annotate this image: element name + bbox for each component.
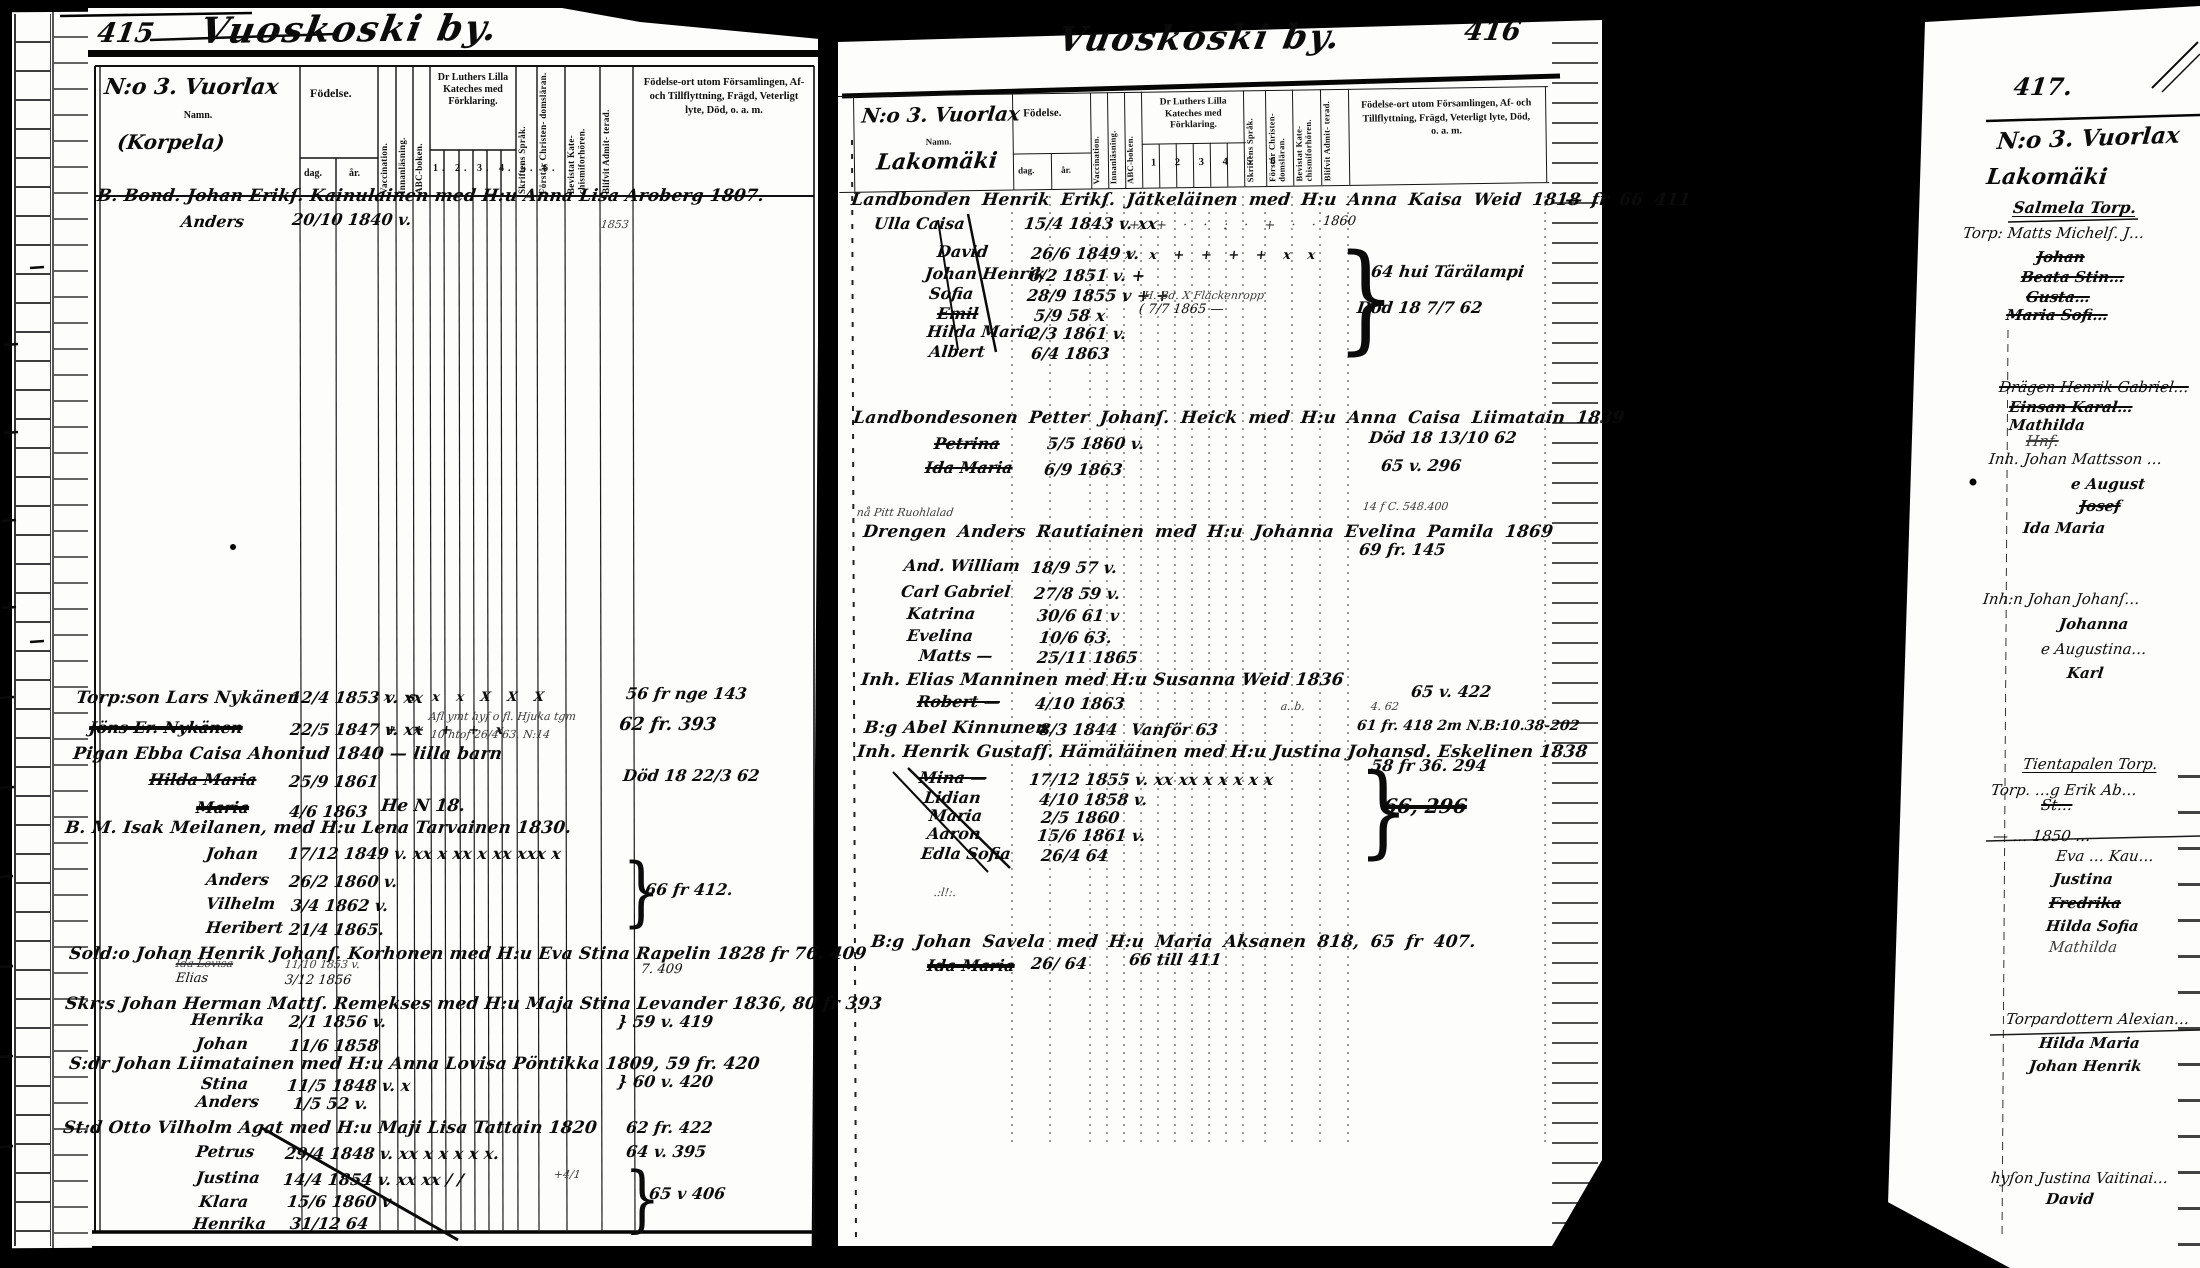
village-title-right: Vuoskoski by. [1055,17,1345,60]
record-child-crossed: Hilda Maria [148,770,258,789]
record-child: Eva … Kau… [2055,847,2155,865]
household-no-left: N:o 3. Vuorlax [103,74,280,100]
record-child: Maria [928,806,983,825]
col-vaccination-header-left: Vaccination. [379,70,396,194]
record-head: Skr:s Johan Herman Mattſ. Remekses med H… [64,994,883,1014]
household-subname-right: Lakomäki [875,148,999,176]
col-understands-header-left: Förstår Christen- domsläran. [538,70,565,194]
record-child-crossed: Josef [2078,497,2122,515]
record-child: Johanna [2058,615,2129,633]
record-date: 3/12 1856 [284,973,352,988]
record-child-crossed: Emil [936,304,980,323]
record-child: David [2045,1190,2095,1208]
record-marks: x x + + + + x x [1124,248,1322,263]
record-date: 30/6 61 v [1036,606,1120,625]
record-child: Karl [2066,664,2105,682]
record-child: Matts — [918,646,994,665]
record-child: Sofia [928,284,975,303]
record-date: 25/9 1861 [288,772,380,791]
record-date: 26/4 64 [1040,846,1109,865]
record-child-crossed: St… [2040,796,2074,814]
record-child: Anders [195,1092,260,1111]
record-child: Mathilda [2048,938,2118,956]
record-date: 29/4 1848 v. xx x x x x x. [284,1144,500,1163]
record-note: Död 18 13/10 62 [1368,428,1518,447]
record-child: Johan [195,1034,249,1053]
record-note: 1853 [600,218,630,231]
torp-heading: Tientapalen Torp. [2022,755,2159,773]
record-head: B:g Johan Savela med H:u Maria Aksanen 8… [870,932,1477,952]
record-note: 14 f C. 548.400 [1362,500,1449,513]
record-child: Heribert [205,918,284,937]
record-date: 27/8 59 v. [1033,584,1121,603]
household-subname-left: (Korpela) [116,130,226,154]
record-child: Henrika [190,1010,265,1029]
record-head: Inh:n Johan Johanſ… [1982,590,2141,608]
record-date: 4/10 1858 v. [1038,790,1149,809]
record-child-crossed: Robert — [916,692,1001,711]
col-birth-header-left: Födelse. [310,86,352,101]
record-child: Justina [195,1168,261,1187]
record-note: nå Pitt Ruohlalad [856,506,954,519]
record-child-crossed: Gusta… [2025,288,2091,306]
record-note: 62 fr. 393 [618,714,718,735]
record-child-crossed: Mina — [918,768,988,787]
col-reading-header-right: Innanläsning. [1108,98,1124,184]
record-head: hyſon Justina Vaitinai… [1990,1169,2169,1187]
record-date: 15/6 1861 v. [1036,826,1147,845]
record-head: Torp:son Lars Nykänen [75,688,301,708]
record-child-crossed: Ida Maria [926,956,1016,975]
record-marks: +4/1 [553,1168,582,1181]
record-date: 10/6 63. [1038,628,1113,647]
record-child-crossed: Ida Maria [924,458,1014,477]
col-name-header-left: Namn. [168,110,228,121]
record-child-crossed: Ida Lovisa [175,957,234,970]
record-child-crossed: Fredrika [2048,894,2122,912]
right-page-header: N:o 3. Vuorlax Namn. Lakomäki Födelse. d… [838,86,1551,196]
record-note: He N 18. [380,796,466,816]
record-note: 66 fr 412. [644,880,734,899]
record-note: 66 till 411 [1128,950,1223,969]
record-child: Hilda Sofia [2045,917,2140,935]
record-head: Inh. Elias Manninen med H:u Susanna Weid… [860,670,1345,690]
record-mark: — [1564,190,1584,210]
page-number-417: 417. [2012,72,2074,101]
col-year-header-left: år. [349,168,360,179]
record-note: Död 18 7/7 62 [1356,298,1483,317]
record-note-crossed: 66, 296 [1382,794,1468,818]
record-head: Landbondesonen Petter Johanſ. Heick med … [852,408,1626,428]
record-child: Aaron [926,824,982,843]
record-note: 62 fr. 422 [625,1118,714,1137]
record-marks: + + · · : · + · · [1128,218,1323,233]
record-date: 6/2 1851 v. + [1028,266,1146,285]
record-head: Torp: Matts Michelſ. J… [1962,224,2146,242]
record-note: 10 htof 26/4 63. N:14 [430,728,551,741]
col-catechism-header-left: Dr Luthers Lilla Kateches med Förklaring… [432,72,514,108]
record-child-crossed: Maria [195,798,250,817]
record-date: 31/12 64 [289,1214,370,1233]
record-child: Johan [205,844,259,863]
record-date: 1/5 52 v. [292,1094,369,1113]
torp-heading: Salmela Torp. [2012,198,2137,217]
record-note: 64 hui Tärälampi [1370,262,1525,281]
record-head: B. M. Isak Meilanen, med H:u Lena Tarvai… [64,818,573,838]
record-child: Ida Maria [2022,519,2106,537]
col-attended-header-left: Bevistat Kate- chismiforhören. [566,70,600,194]
record-child: e Augustina… [2040,640,2148,658]
record-note: 69 fr. 145 [1358,540,1447,559]
page-number-416: 416 [1462,16,1523,47]
col-reading-header-left: Innanläsning. [397,70,413,194]
record-note-crossed: Hnf. [2025,432,2060,450]
household-no-right: N:o 3. Vuorlax [860,101,1021,127]
household-subname-417: Lakomäki [1985,164,2109,190]
record-note: 1860 [1322,214,1357,229]
record-child-crossed: Einsan Karal… [2008,398,2134,416]
record-note: } 59 v. 419 [616,1012,714,1031]
record-child: Evelina [906,626,974,645]
record-child: Katrina [906,604,977,623]
record-child: Ulla Caisa [873,214,966,233]
record-marks: x s x x X X X [383,690,551,705]
record-head: Torpardottern Alexian… [2005,1010,2191,1028]
record-note: Vanför 63 [1130,720,1219,739]
record-note: 4. 62 [1370,700,1400,713]
col-scripture-header-left: Skriftens Språk. [517,70,537,194]
record-head: Inh. Johan Mattsson … [1988,450,2163,468]
record-date: 8/3 1844 [1038,720,1119,739]
col-year-header-right: år. [1061,165,1071,175]
col-birth-header-right: Födelse. [1023,107,1061,120]
record-note: Afl ymt hyf o fl. Hjuka tgm [428,710,577,723]
record-head-crossed: Drägen Henrik Gabriel… [1998,378,2190,396]
record-child: Edla Sofia [920,844,1012,863]
record-date: 4/10 1863 [1034,694,1126,713]
record-date: 6/4 1863 [1030,344,1111,363]
record-date: 15/6 1860 v [286,1192,393,1211]
record-child-crossed: Johan [2035,248,2086,266]
record-date: 3/4 1862 v. [290,896,389,915]
record-child: David [936,242,989,261]
record-date: 11/5 1848 v. x [286,1076,412,1095]
record-date: 26/2 1860 v. [288,872,399,891]
record-child: Klara [198,1192,249,1211]
record-child: Albert [928,342,986,361]
record-date: 11/10 1853 v. [284,958,361,971]
col-day-header-right: dag. [1018,165,1034,175]
record-date: 18/9 57 v. [1030,558,1118,577]
col-admitted-header-left: Blifvit Admit- terad. [601,70,633,194]
record-date: 20/10 1840 v. [291,210,413,229]
record-child: Vilhelm [205,894,276,913]
record-child: Stina [200,1074,249,1093]
record-head: Drengen Anders Rautiainen med H:u Johann… [862,522,1554,542]
record-child: Elias [175,971,209,986]
record-child: Hilda Maria [926,322,1036,341]
record-note: 65 v. 296 [1380,456,1462,475]
record-child: Lidian [923,788,982,807]
record-date: 25/11 1865 [1036,648,1139,667]
record-note: a. b. [1280,700,1306,713]
village-title-left: Vuoskoski by. [197,7,502,52]
record-date: 2/1 1856 v. [288,1012,387,1031]
record-child: Johan Henrik [2028,1057,2143,1075]
record-head: B. Bond. Johan Erikſ. Kainulainen med H:… [96,186,765,206]
record-note: — … 1850 … [1992,827,2092,845]
grouping-brace: } [1336,228,1396,366]
record-child-crossed: Beata Stin… [2020,268,2125,286]
record-head: Pigan Ebba Caisa Ahoniud 1840 — lilla ba… [72,744,503,764]
record-date: 21/4 1865. [288,920,385,939]
col-admitted-header-right: Blifvit Admit- terad. [1322,95,1348,181]
record-date: 2/3 1861 v. [1028,324,1127,343]
col-vaccination-header-right: Vaccination. [1091,98,1108,184]
record-date: 11/6 1858 [288,1036,380,1055]
col-name-header-right: Namn. [909,136,969,147]
record-child: e August [2070,475,2146,493]
col-understands-header-right: Förstår Christen- domsläran. [1267,96,1292,182]
record-date: 17/12 1849 v. xx x xx x xx xxx x [287,844,562,863]
church-record-scan: 415 Vuoskoski by. N:o 3. Vuorlax Namn. (… [0,0,2200,1268]
col-attended-header-right: Bevistat Kate- chismiforhören. [1294,95,1320,181]
record-note: 65 v. 422 [1410,682,1492,701]
col-day-header-left: dag. [304,168,322,179]
record-date: 5/5 1860 v. [1046,434,1145,453]
record-note: .:l!:. [933,886,957,899]
record-note: ( 7/7 1865 — [1138,302,1224,317]
col-scripture-header-right: Skriftens Språk. [1245,96,1265,182]
record-child: Petrus [195,1142,256,1161]
record-child-crossed: Petrina [933,434,1001,453]
record-child: Justina [2052,870,2114,888]
record-child-crossed: Maria Sofi… [2005,306,2109,324]
record-date: 5/9 58 x [1033,306,1106,325]
record-child: Carl Gabriel [900,582,1012,601]
col-notes-header-left: Födelse-ort utom Församlingen, Af- och T… [640,76,808,118]
record-note: H. Bd. X Fläckenropp [1143,289,1265,302]
col-abc-header-right: ABC-boken. [1125,98,1141,184]
record-note: 65 v 406 [648,1184,726,1203]
record-child: Anders [180,212,245,231]
record-note: 56 fr nge 143 [625,684,748,703]
record-child: And. William [903,556,1021,575]
record-child: Anders [205,870,270,889]
record-date: 14/4 1854 v. xx xx / / [282,1170,465,1189]
record-note: 7. 409 [640,962,683,977]
record-child: Henrika [192,1214,267,1233]
record-date: 17/12 1855 v. xx xx x x x x x [1028,770,1274,789]
col-notes-header-right: Födelse-ort utom Församlingen, Af- och T… [1360,96,1533,139]
record-child: Hilda Maria [2038,1034,2141,1052]
page-number-415: 415 [95,18,156,49]
record-note: 61 fr. 418 2m N.B:10.38-202 [1356,718,1580,734]
record-head-crossed: Jöns Er. Nykänen [88,718,244,737]
record-head: St:d Otto Vilholm Agat med H:u Maji Lisa… [62,1118,598,1138]
record-date: 2/5 1860 [1040,808,1121,827]
record-note: } 60 v. 420 [616,1072,714,1091]
record-head: S:dr Johan Liimatainen med H:u Anna Lovi… [68,1054,761,1074]
col-catechism-header-right: Dr Luthers Lilla Kateches med Förklaring… [1144,96,1242,132]
col-abc-header-left: ABC-boken. [414,70,430,194]
record-date: 6/9 1863 [1043,460,1124,479]
record-note: Död 18 22/3 62 [622,766,761,785]
record-date: 26/ 64 [1030,954,1088,973]
record-head: B:g Abel Kinnunen [863,718,1049,738]
